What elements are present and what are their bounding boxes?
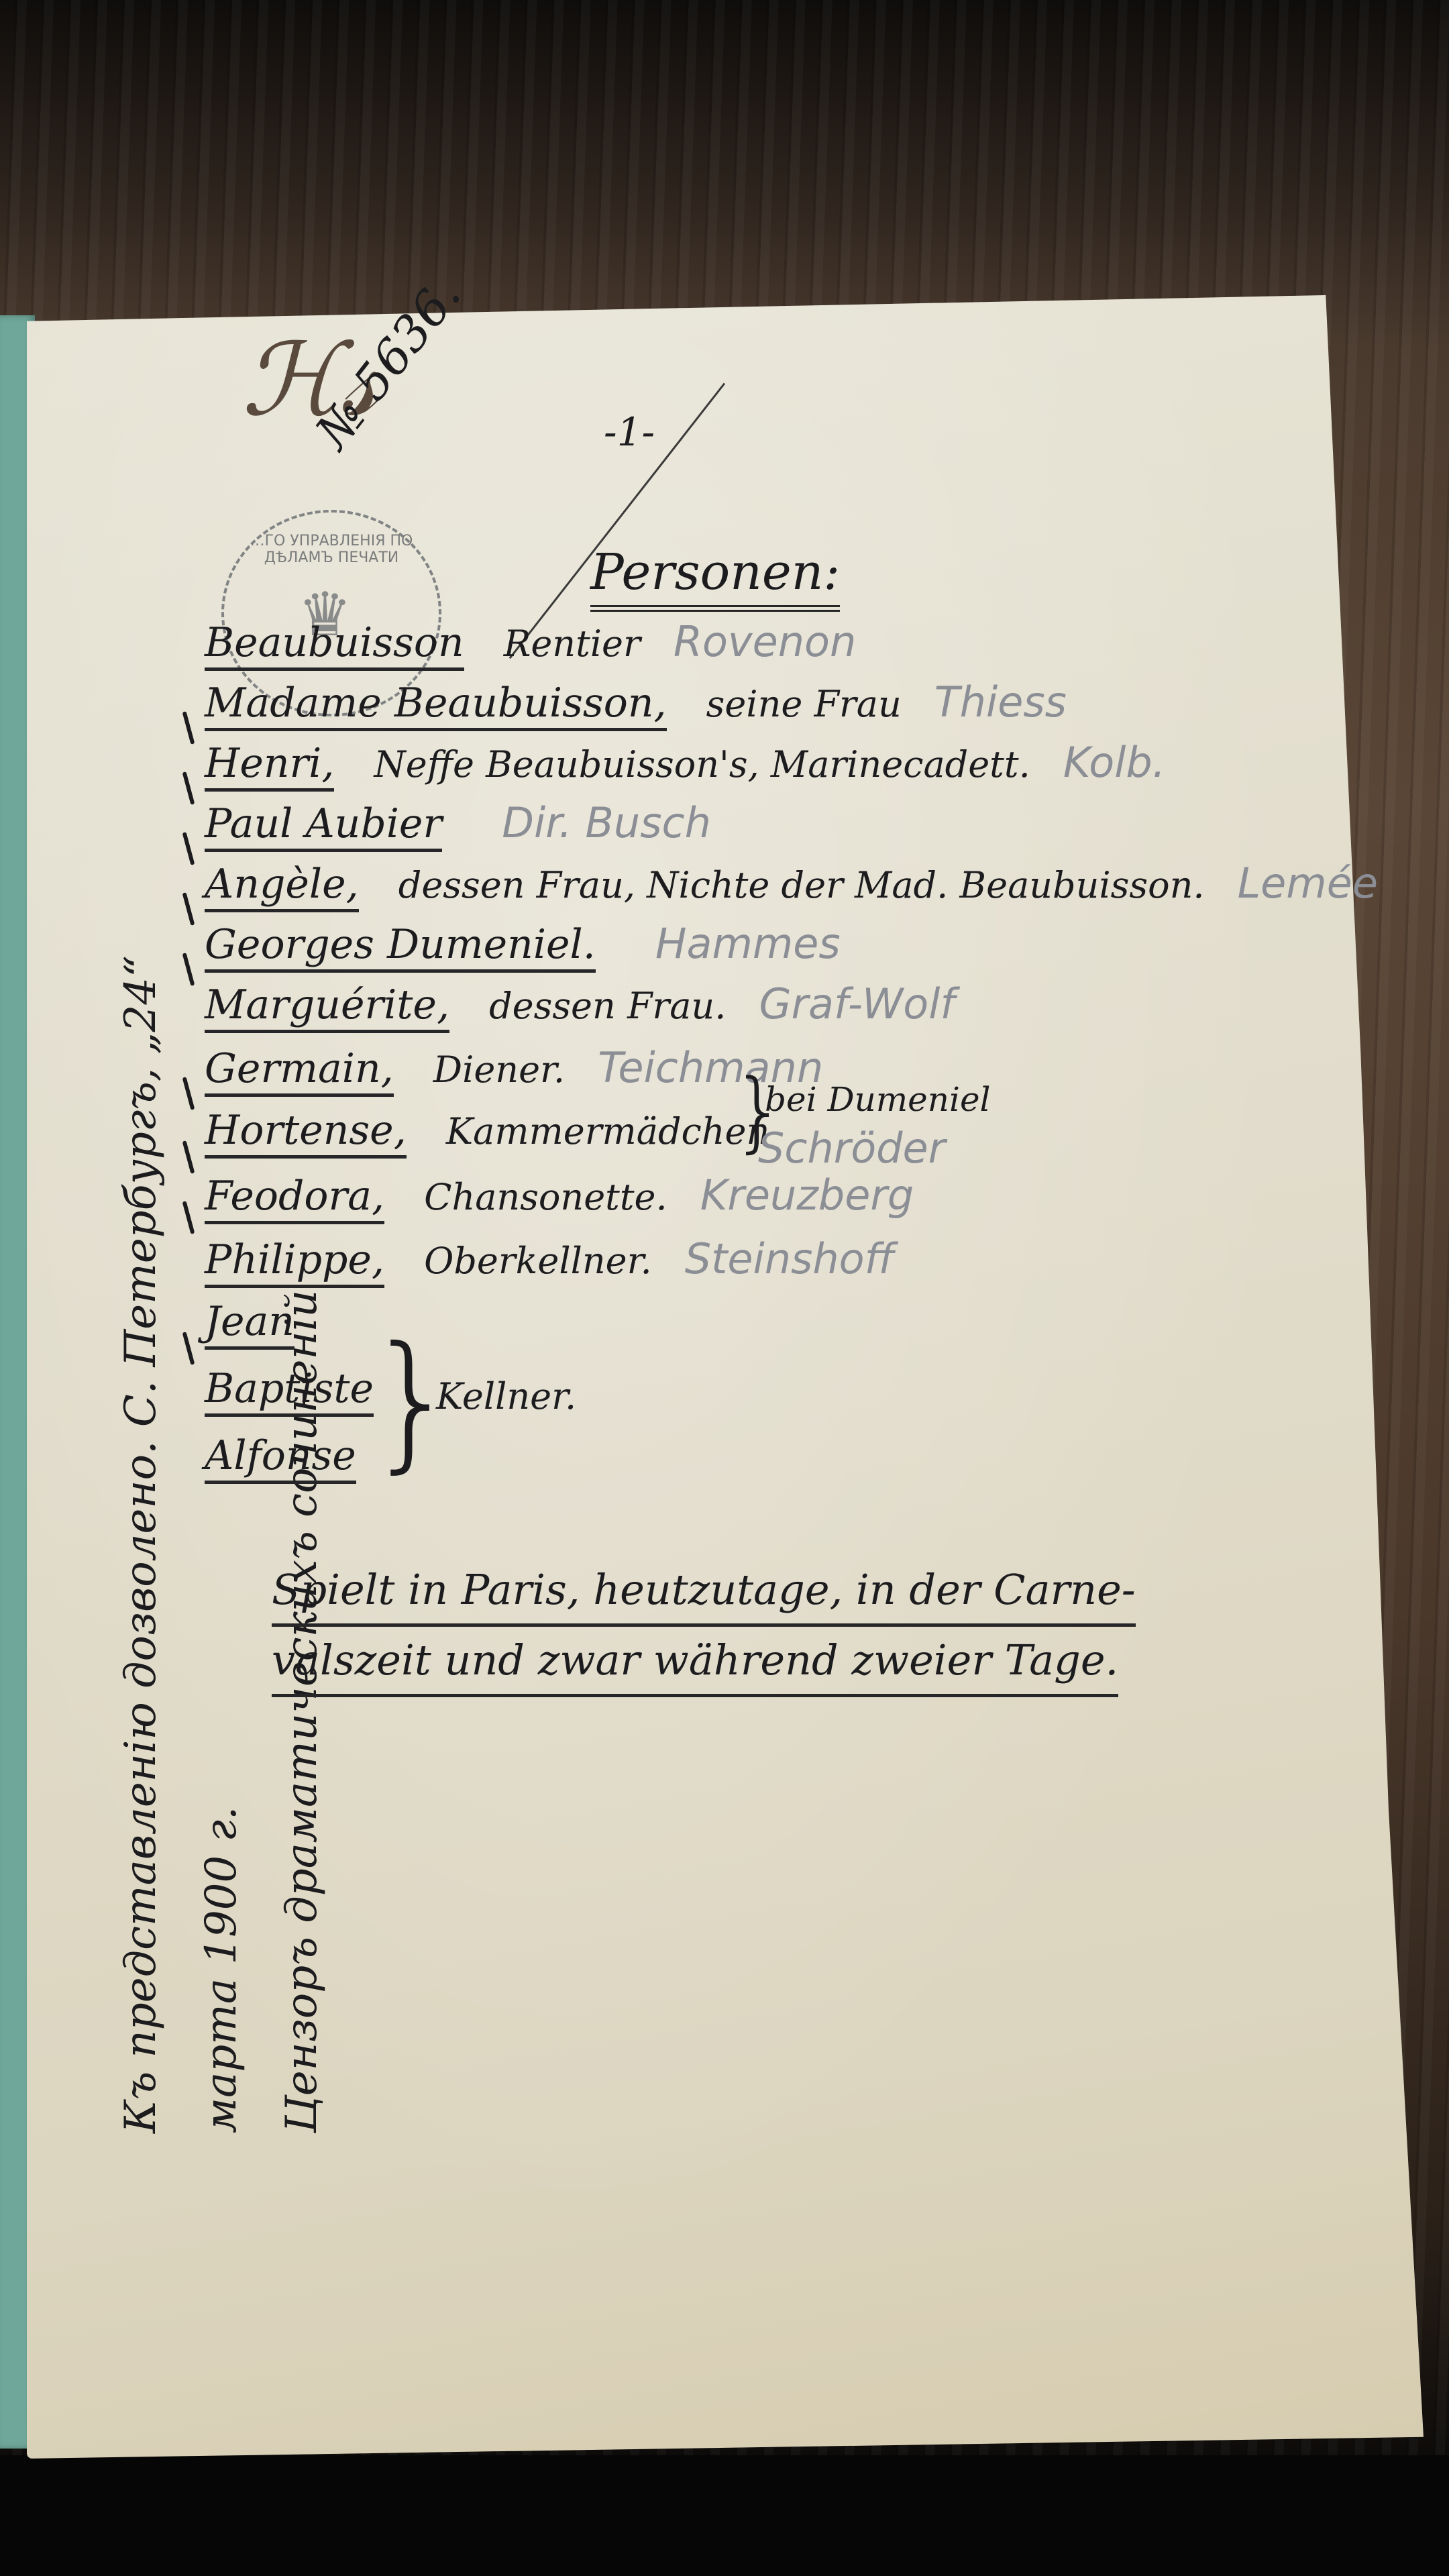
- character-role: dessen Frau.: [489, 985, 726, 1027]
- character-role: dessen Frau, Nichte der Mad. Beaubuisson…: [398, 864, 1205, 906]
- character-role: Rentier: [504, 623, 641, 665]
- character-role: seine Frau: [706, 683, 902, 725]
- character-role: Diener.: [433, 1049, 565, 1091]
- actor-name: Thiess: [934, 678, 1067, 727]
- cast-row: Georges Dumeniel. Hammes: [205, 919, 841, 968]
- cast-row: Hortense, Kammermädchen: [205, 1107, 769, 1154]
- cast-row: Germain, Diener. Teichmann: [205, 1043, 823, 1092]
- setting-line-2: valszeit und zwar während zweier Tage.: [272, 1627, 1118, 1697]
- cast-row: Beaubuisson Rentier Rovenon: [205, 617, 856, 666]
- actor-name: Dir. Busch: [502, 798, 711, 847]
- character-name: Germain,: [205, 1045, 394, 1097]
- actor-name: Graf-Wolf: [759, 979, 955, 1028]
- actor-name: Kolb.: [1063, 738, 1166, 787]
- character-role: Chansonette.: [424, 1176, 667, 1218]
- actor-name: Hammes: [655, 919, 841, 968]
- actor-name-hortense: Schröder: [758, 1124, 945, 1173]
- character-role: Oberkellner.: [424, 1240, 652, 1282]
- cast-row: Paul Aubier Dir. Busch: [205, 798, 711, 847]
- character-role: Neffe Beaubuisson's, Marinecadett.: [374, 743, 1030, 786]
- character-role: Kammermädchen: [446, 1110, 769, 1152]
- shadow-area: [0, 2455, 1449, 2576]
- character-name: Marguérite,: [205, 981, 449, 1033]
- character-name: Feodora,: [205, 1173, 384, 1224]
- character-name: Jean: [205, 1298, 294, 1350]
- character-name: Georges Dumeniel.: [205, 921, 596, 973]
- cast-row: Madame Beaubuisson, seine Frau Thiess: [205, 678, 1067, 727]
- actor-name: Rovenon: [674, 617, 856, 666]
- setting-line-1: Spielt in Paris, heutzutage, in der Carn…: [272, 1556, 1136, 1627]
- stamp-text: …ГО УПРАВЛЕНІЯ ПО ДѢЛАМЪ ПЕЧАТИ: [224, 533, 439, 566]
- cast-row: Feodora, Chansonette. Kreuzberg: [205, 1171, 914, 1220]
- heading-text: Personen:: [590, 543, 840, 612]
- character-name: Angèle,: [205, 861, 359, 912]
- cast-row: Marguérite, dessen Frau. Graf-Wolf: [205, 979, 955, 1028]
- cast-row: Jean: [205, 1298, 321, 1345]
- cast-row: Alfonse: [205, 1432, 383, 1479]
- character-name: Hortense,: [205, 1107, 407, 1159]
- character-name: Beaubuisson: [205, 619, 464, 671]
- actor-name: Lemée: [1238, 859, 1378, 908]
- character-name: Philippe,: [205, 1236, 384, 1288]
- servants-note: bei Dumeniel: [765, 1080, 991, 1119]
- cast-row: Henri, Neffe Beaubuisson's, Marinecadett…: [205, 738, 1166, 787]
- character-name: Baptiste: [205, 1365, 374, 1417]
- cast-row: Philippe, Oberkellner. Steinshoff: [205, 1234, 894, 1283]
- character-name: Paul Aubier: [205, 800, 442, 852]
- actor-name: Steinshoff: [685, 1234, 895, 1283]
- waiters-note: Kellner.: [436, 1375, 576, 1417]
- character-name: Henri,: [205, 740, 334, 792]
- cast-heading: Personen:: [590, 543, 840, 601]
- cast-row: Angèle, dessen Frau, Nichte der Mad. Bea…: [205, 859, 1378, 908]
- setting-description: Spielt in Paris, heutzutage, in der Carn…: [272, 1556, 1136, 1697]
- character-name: Alfonse: [205, 1432, 356, 1484]
- character-name: Madame Beaubuisson,: [205, 680, 667, 731]
- page-number: -1-: [604, 409, 655, 455]
- actor-name: Kreuzberg: [700, 1171, 914, 1220]
